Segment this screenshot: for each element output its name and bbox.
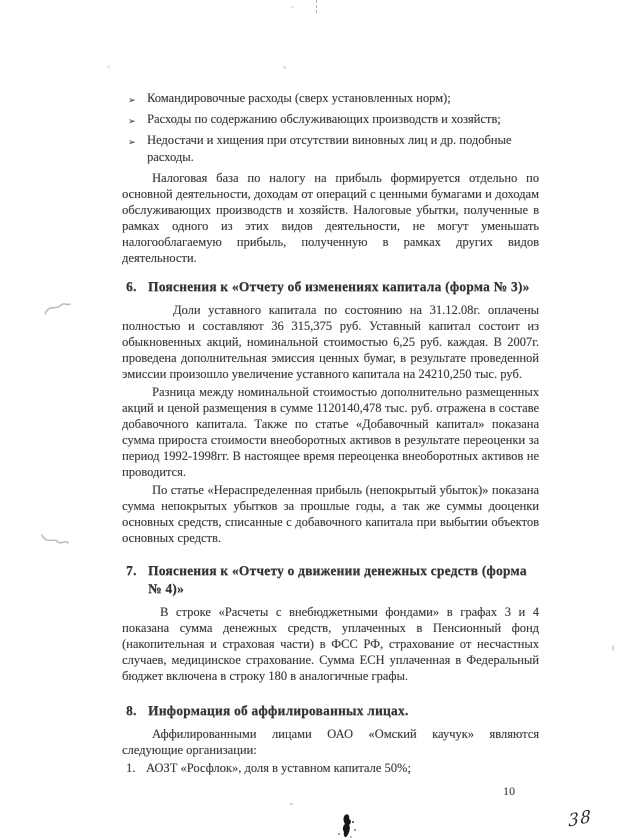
section-title: Информация об аффилированных лицах. [148, 702, 539, 720]
section-6-paragraph: Разница между номинальной стоимостью доп… [122, 384, 539, 480]
section-title: Пояснения к «Отчету о движении денежных … [148, 562, 539, 598]
bullet-item: ➢ Недостачи и хищения при отсутствии вин… [122, 132, 539, 166]
section-8-heading: 8. Информация об аффилированных лицах. [122, 702, 539, 720]
handwritten-page-number: 38 [568, 806, 593, 831]
section-number: 7. [122, 562, 148, 598]
section-7-heading: 7. Пояснения к «Отчету о движении денежн… [122, 562, 539, 598]
handwritten-margin-mark [44, 299, 72, 319]
section-7-paragraph: В строке «Расчеты с внебюджетными фондам… [122, 604, 539, 684]
scan-speck [290, 803, 293, 805]
arrow-bullet-icon: ➢ [128, 134, 136, 151]
list-item-text: АОЗТ «Росфлок», доля в уставном капитале… [146, 760, 411, 776]
section-6-paragraph: Доли уставного капитала по состоянию на … [122, 302, 539, 382]
arrow-bullet-icon: ➢ [128, 113, 136, 130]
bullet-text: Командировочные расходы (сверх установле… [147, 91, 451, 105]
expense-bullet-list: ➢ Командировочные расходы (сверх установ… [122, 90, 539, 166]
arrow-bullet-icon: ➢ [128, 92, 136, 109]
bullet-item: ➢ Командировочные расходы (сверх установ… [122, 90, 539, 107]
scan-speck [283, 66, 286, 69]
bullet-item: ➢ Расходы по содержанию обслуживающих пр… [122, 111, 539, 128]
section-6-heading: 6. Пояснения к «Отчету об изменениях кап… [122, 278, 539, 296]
scan-edge-dash-artifact [316, 0, 317, 13]
tax-base-paragraph: Налоговая база по налогу на прибыль форм… [122, 170, 539, 266]
bullet-text: Недостачи и хищения при отсутствии винов… [147, 133, 511, 164]
section-6-paragraph: По статье «Нераспределенная прибыль (неп… [122, 482, 539, 546]
page-number: 10 [122, 784, 539, 799]
handwritten-margin-mark [40, 527, 70, 551]
scan-speck [107, 65, 110, 68]
scanned-document-page: ➢ Командировочные расходы (сверх установ… [122, 90, 539, 799]
section-title: Пояснения к «Отчету об изменениях капита… [148, 278, 539, 296]
ink-blot-artifact [336, 813, 360, 840]
scan-speck [612, 645, 614, 651]
section-number: 8. [122, 702, 148, 720]
section-number: 6. [122, 278, 148, 296]
affiliate-list-item: 1. АОЗТ «Росфлок», доля в уставном капит… [122, 760, 539, 776]
section-8-paragraph: Аффилированными лицами ОАО «Омский каучу… [122, 726, 539, 758]
bullet-text: Расходы по содержанию обслуживающих прои… [147, 112, 501, 126]
scan-speck [291, 6, 294, 8]
list-item-number: 1. [122, 760, 146, 776]
